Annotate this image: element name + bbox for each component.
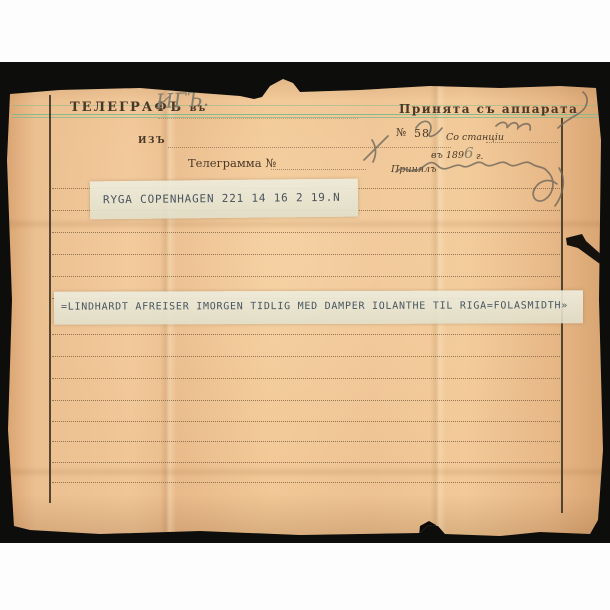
dotted-rule xyxy=(52,421,562,422)
number-value: 58 xyxy=(414,127,430,140)
ink-blot xyxy=(566,234,604,264)
dotted-rule xyxy=(52,254,562,255)
station-scrawl xyxy=(496,122,530,130)
year-digit-handwritten: 6 xyxy=(464,144,474,162)
dotted-rule xyxy=(52,482,562,483)
tape-message-text: =LINDHARDT AFREISER IMORGEN TIDLIG MED D… xyxy=(61,300,568,312)
dotted-rule xyxy=(52,462,562,463)
tape-strip-message: =LINDHARDT AFREISER IMORGEN TIDLIG MED D… xyxy=(54,290,583,324)
left-border-line xyxy=(49,95,51,503)
dotted-rule xyxy=(52,378,562,379)
fold-crease xyxy=(6,218,604,230)
dotted-rule xyxy=(52,441,562,442)
telegram-number-label: Телеграмма № xyxy=(188,156,276,170)
scanned-telegram-image: ТЕЛЕГРАФЪ въ ИГЪ. Принята съ аппарата ИЗ… xyxy=(0,0,610,610)
city-blank-line xyxy=(158,118,358,119)
dotted-rule xyxy=(52,276,562,277)
dotted-rule xyxy=(52,356,562,357)
dotted-rule xyxy=(52,334,562,335)
telegram-paper: ТЕЛЕГРАФЪ въ ИГЪ. Принята съ аппарата ИЗ… xyxy=(6,78,604,540)
signature-loop xyxy=(533,172,557,201)
telegram-no-blank-line xyxy=(271,169,366,170)
dotted-rule xyxy=(52,400,562,401)
dotted-rule xyxy=(52,232,562,233)
station-label: Со станціи xyxy=(446,132,504,143)
received-by-label: Принялъ xyxy=(391,164,436,175)
number-sign: № xyxy=(396,126,406,139)
year-suffix: г. xyxy=(476,152,483,162)
year-prefix: въ 189 xyxy=(431,150,464,161)
tape-strip-routing: RYGA COPENHAGEN 221 14 16 2 19.N xyxy=(90,179,358,220)
fold-crease xyxy=(6,466,604,478)
tape-routing-text: RYGA COPENHAGEN 221 14 16 2 19.N xyxy=(103,191,341,206)
from-label: ИЗЪ xyxy=(138,136,166,146)
from-blank-line xyxy=(168,147,451,148)
received-from-apparatus-heading: Принята съ аппарата xyxy=(399,102,578,116)
date-scrawl xyxy=(364,136,388,162)
